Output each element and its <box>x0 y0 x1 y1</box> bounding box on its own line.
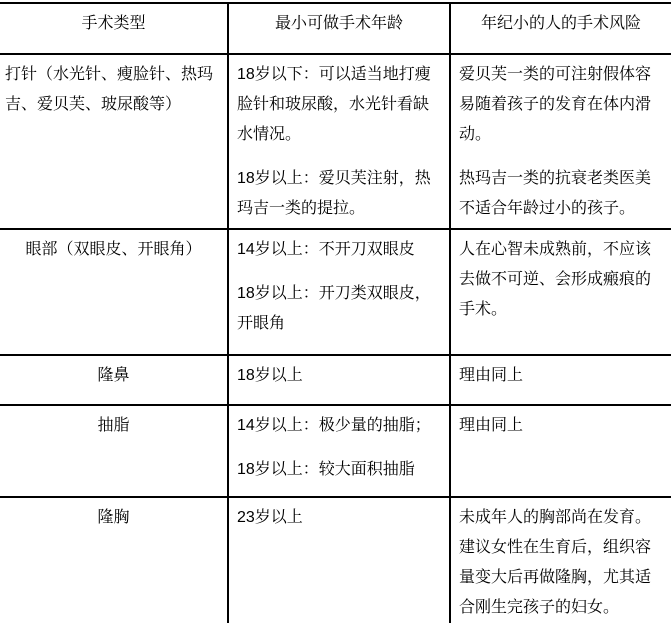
cell-surgery-type: 眼部（双眼皮、开眼角） <box>0 229 228 355</box>
cell-risk: 爱贝芙一类的可注射假体容易随着孩子的发育在体内滑动。 热玛吉一类的抗衰老类医美不… <box>450 54 671 229</box>
header-row: 手术类型 最小可做手术年龄 年纪小的人的手术风险 <box>0 3 671 54</box>
cell-risk: 理由同上 <box>450 405 671 497</box>
paragraph: 14岁以上：极少量的抽脂； <box>237 411 441 441</box>
paragraph: 14岁以上：不开刀双眼皮 <box>237 235 441 265</box>
cell-min-age: 23岁以上 <box>228 497 450 623</box>
paragraph: 18岁以上：较大面积抽脂 <box>237 455 441 485</box>
paragraph: 隆胸 <box>8 503 219 533</box>
paragraph: 打针（水光针、瘦脸针、热玛吉、爱贝芙、玻尿酸等） <box>5 60 222 120</box>
paragraph: 23岁以上 <box>237 503 441 533</box>
paragraph: 18岁以上：爱贝芙注射，热玛吉一类的提拉。 <box>237 164 441 224</box>
paragraph: 理由同上 <box>459 361 663 391</box>
paragraph: 未成年人的胸部尚在发育。建议女性在生育后，组织容量变大后再做隆胸，尤其适合刚生完… <box>459 503 663 623</box>
table-row-eyes: 眼部（双眼皮、开眼角） 14岁以上：不开刀双眼皮 18岁以上：开刀类双眼皮，开眼… <box>0 229 671 355</box>
table-row-breast-augmentation: 隆胸 23岁以上 未成年人的胸部尚在发育。建议女性在生育后，组织容量变大后再做隆… <box>0 497 671 623</box>
header-cell-surgery-type: 手术类型 <box>0 3 228 54</box>
cell-min-age: 18岁以下：可以适当地打瘦脸针和玻尿酸，水光针看缺水情况。 18岁以上：爱贝芙注… <box>228 54 450 229</box>
cell-surgery-type: 打针（水光针、瘦脸针、热玛吉、爱贝芙、玻尿酸等） <box>0 54 228 229</box>
cell-risk: 人在心智未成熟前，不应该去做不可逆、会形成瘢痕的手术。 <box>450 229 671 355</box>
paragraph: 理由同上 <box>459 411 663 441</box>
cell-surgery-type: 隆胸 <box>0 497 228 623</box>
paragraph: 爱贝芙一类的可注射假体容易随着孩子的发育在体内滑动。 <box>459 60 663 150</box>
table-row-rhinoplasty: 隆鼻 18岁以上 理由同上 <box>0 355 671 405</box>
cell-min-age: 14岁以上：极少量的抽脂； 18岁以上：较大面积抽脂 <box>228 405 450 497</box>
paragraph: 人在心智未成熟前，不应该去做不可逆、会形成瘢痕的手术。 <box>459 235 663 325</box>
paragraph: 抽脂 <box>8 411 219 441</box>
paragraph: 18岁以上 <box>237 361 441 391</box>
paragraph: 隆鼻 <box>8 361 219 391</box>
paragraph: 18岁以下：可以适当地打瘦脸针和玻尿酸，水光针看缺水情况。 <box>237 60 441 150</box>
surgery-age-table: 手术类型 最小可做手术年龄 年纪小的人的手术风险 打针（水光针、瘦脸针、热玛吉、… <box>0 2 671 623</box>
table-row-liposuction: 抽脂 14岁以上：极少量的抽脂； 18岁以上：较大面积抽脂 理由同上 <box>0 405 671 497</box>
header-cell-risk: 年纪小的人的手术风险 <box>450 3 671 54</box>
cell-surgery-type: 隆鼻 <box>0 355 228 405</box>
cell-min-age: 18岁以上 <box>228 355 450 405</box>
cell-risk: 理由同上 <box>450 355 671 405</box>
paragraph: 热玛吉一类的抗衰老类医美不适合年龄过小的孩子。 <box>459 164 663 224</box>
cell-surgery-type: 抽脂 <box>0 405 228 497</box>
paragraph: 眼部（双眼皮、开眼角） <box>8 235 219 265</box>
cell-risk: 未成年人的胸部尚在发育。建议女性在生育后，组织容量变大后再做隆胸，尤其适合刚生完… <box>450 497 671 623</box>
cell-min-age: 14岁以上：不开刀双眼皮 18岁以上：开刀类双眼皮，开眼角 <box>228 229 450 355</box>
table-row-injections: 打针（水光针、瘦脸针、热玛吉、爱贝芙、玻尿酸等） 18岁以下：可以适当地打瘦脸针… <box>0 54 671 229</box>
header-cell-min-age: 最小可做手术年龄 <box>228 3 450 54</box>
paragraph: 18岁以上：开刀类双眼皮，开眼角 <box>237 279 441 339</box>
